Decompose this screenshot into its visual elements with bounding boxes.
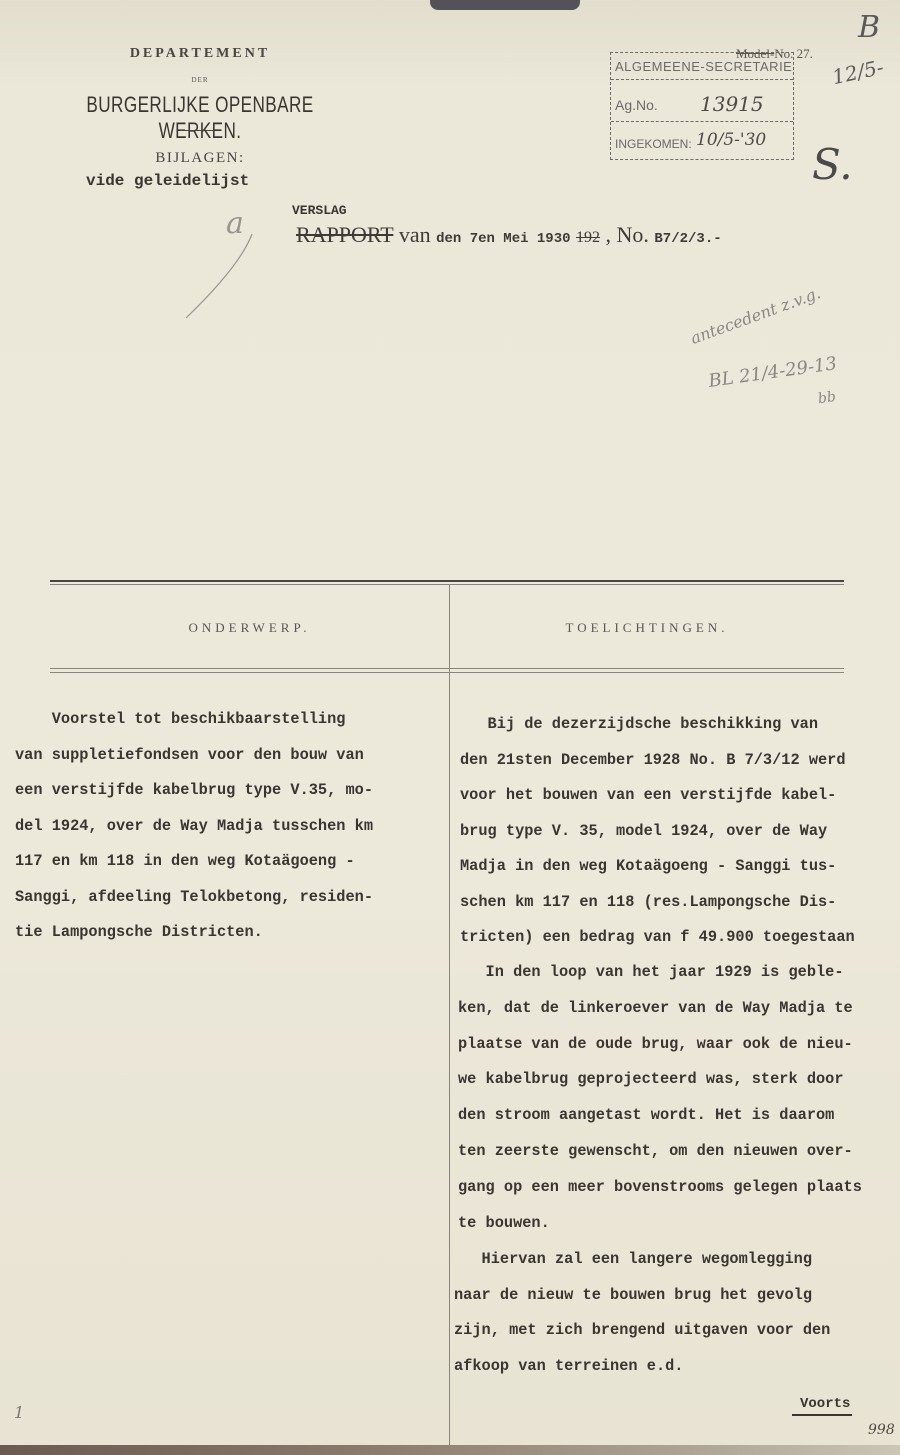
stamp-divider [611,121,793,122]
column-header-onderwerp: ONDERWERP. [50,620,449,636]
department-name: BURGERLIJKE OPENBARE WERKEN. [44,92,356,144]
report-date: den 7en Mei 1930 [436,231,570,247]
table-top-rule-thin [50,584,844,585]
stamp-received-date: 10/5-'30 [696,130,766,150]
header-divider [180,130,214,131]
table-top-rule [50,580,844,582]
pen-stroke [180,226,260,326]
paper-clip-shadow [430,0,580,10]
department-title: DEPARTEMENT [0,46,400,62]
report-number: B7/2/3.- [654,231,721,247]
bijlagen-label: BIJLAGEN: [0,150,400,167]
bijlagen-value: vide geleidelijst [86,172,249,190]
page-number: 998 [868,1422,895,1438]
handwritten-initial: S. [812,140,853,189]
no-label: , No. [606,222,649,247]
stamp-ag-label: Ag.No. [615,97,658,113]
department-der: DER [0,76,400,84]
handwritten-date: 12/5- [830,55,886,89]
stamp-ag-number: 13915 [700,92,764,116]
stamp-secretarie: ALGEMEENE-SECRETARIE [615,59,792,74]
continuation-word: Voorts [792,1396,852,1416]
corner-mark: B [858,10,880,45]
pencil-note-initial: bb [817,389,837,407]
table-header-rule-2 [50,672,844,673]
rapport-struck: RAPPORT [296,222,393,247]
year-struck: 192 [576,229,600,246]
verslag-label: VERSLAG [292,203,347,218]
table-header-rule [50,668,844,669]
toelichting-paragraph-1: Bij de dezerzijdsche beschikking van den… [460,707,855,956]
pencil-note-line1: antecedent z.v.g. [688,283,823,348]
stamp-ingekomen-label: INGEKOMEN: [615,137,692,151]
report-title-line: RAPPORT van den 7en Mei 1930 192 , No. B… [296,222,722,248]
pencil-note-line2: BL 21/4-29-13 [707,353,838,392]
margin-mark: 1 [14,1403,24,1422]
toelichting-paragraph-3: Hiervan zal een langere wegomlegging naa… [454,1242,830,1384]
column-divider [449,585,450,1445]
column-header-toelichtingen: TOELICHTINGEN. [450,620,844,636]
document-page: DEPARTEMENT DER BURGERLIJKE OPENBARE WER… [0,0,900,1455]
onderwerp-text: Voorstel tot beschikbaarstelling van sup… [15,702,373,951]
page-bottom-edge [0,1445,900,1455]
toelichting-paragraph-2: In den loop van het jaar 1929 is geble- … [458,955,862,1241]
stamp-divider [611,79,793,80]
van-label: van [399,222,431,247]
